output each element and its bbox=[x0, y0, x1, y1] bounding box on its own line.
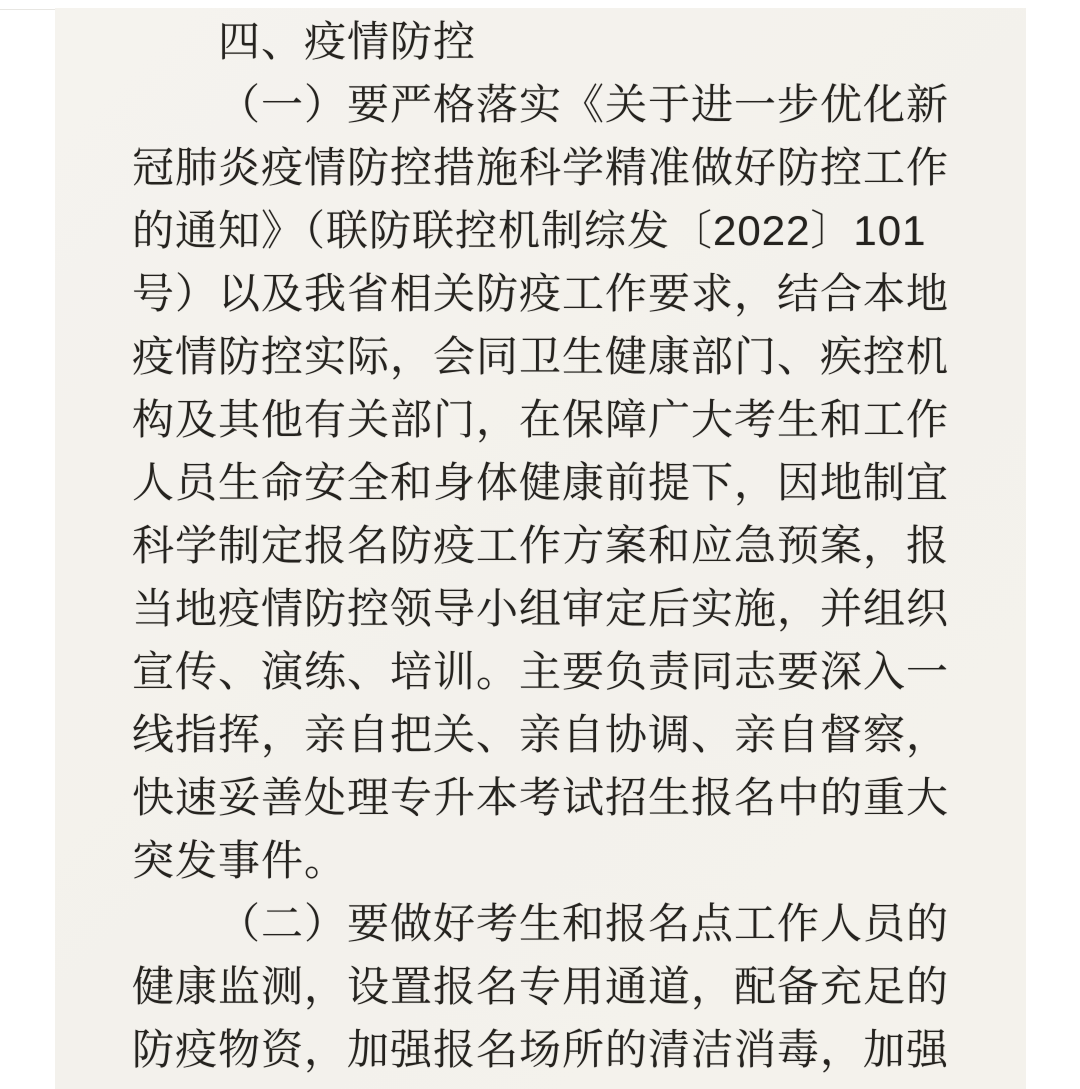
section-heading-line: 四、疫情防控 bbox=[132, 10, 950, 73]
document-sheet: 四、疫情防控 （一）要严格落实《关于进一步优化新 冠肺炎疫情防控措施科学精准做好… bbox=[55, 8, 1026, 1089]
paragraph-line: 疫情防控实际，会同卫生健康部门、疾控机 bbox=[132, 325, 950, 388]
document-photo-page: 四、疫情防控 （一）要严格落实《关于进一步优化新 冠肺炎疫情防控措施科学精准做好… bbox=[0, 0, 1080, 1089]
paragraph-line: 宣传、演练、培训。主要负责同志要深入一 bbox=[132, 640, 950, 703]
page-margin-left bbox=[0, 0, 55, 1089]
paragraph-line: （二）要做好考生和报名点工作人员的 bbox=[132, 892, 950, 955]
paragraph-line: 快速妥善处理专升本考试招生报名中的重大 bbox=[132, 766, 950, 829]
paragraph-line: 构及其他有关部门，在保障广大考生和工作 bbox=[132, 388, 950, 451]
paragraph-line: 线指挥，亲自把关、亲自协调、亲自督察， bbox=[132, 703, 950, 766]
page-margin-right bbox=[1026, 0, 1080, 1089]
paragraph-line: 人员生命安全和身体健康前提下，因地制宜 bbox=[132, 451, 950, 514]
paragraph-line: 当地疫情防控领导小组审定后实施，并组织 bbox=[132, 577, 950, 640]
document-body: 四、疫情防控 （一）要严格落实《关于进一步优化新 冠肺炎疫情防控措施科学精准做好… bbox=[132, 10, 950, 1081]
paragraph-line: 的通知》（联防联控机制综发〔2022〕101 bbox=[132, 199, 950, 262]
paragraph-line: 科学制定报名防疫工作方案和应急预案，报 bbox=[132, 514, 950, 577]
paragraph-line: （一）要严格落实《关于进一步优化新 bbox=[132, 73, 950, 136]
paragraph-line: 防疫物资，加强报名场所的清洁消毒，加强 bbox=[132, 1018, 950, 1081]
paragraph-line: 号）以及我省相关防疫工作要求，结合本地 bbox=[132, 262, 950, 325]
page-margin-top bbox=[0, 0, 1080, 8]
paragraph-line: 突发事件。 bbox=[132, 829, 950, 892]
top-edge-hairline bbox=[0, 9, 55, 10]
paragraph-line: 健康监测，设置报名专用通道，配备充足的 bbox=[132, 955, 950, 1018]
paragraph-line: 冠肺炎疫情防控措施科学精准做好防控工作 bbox=[132, 136, 950, 199]
